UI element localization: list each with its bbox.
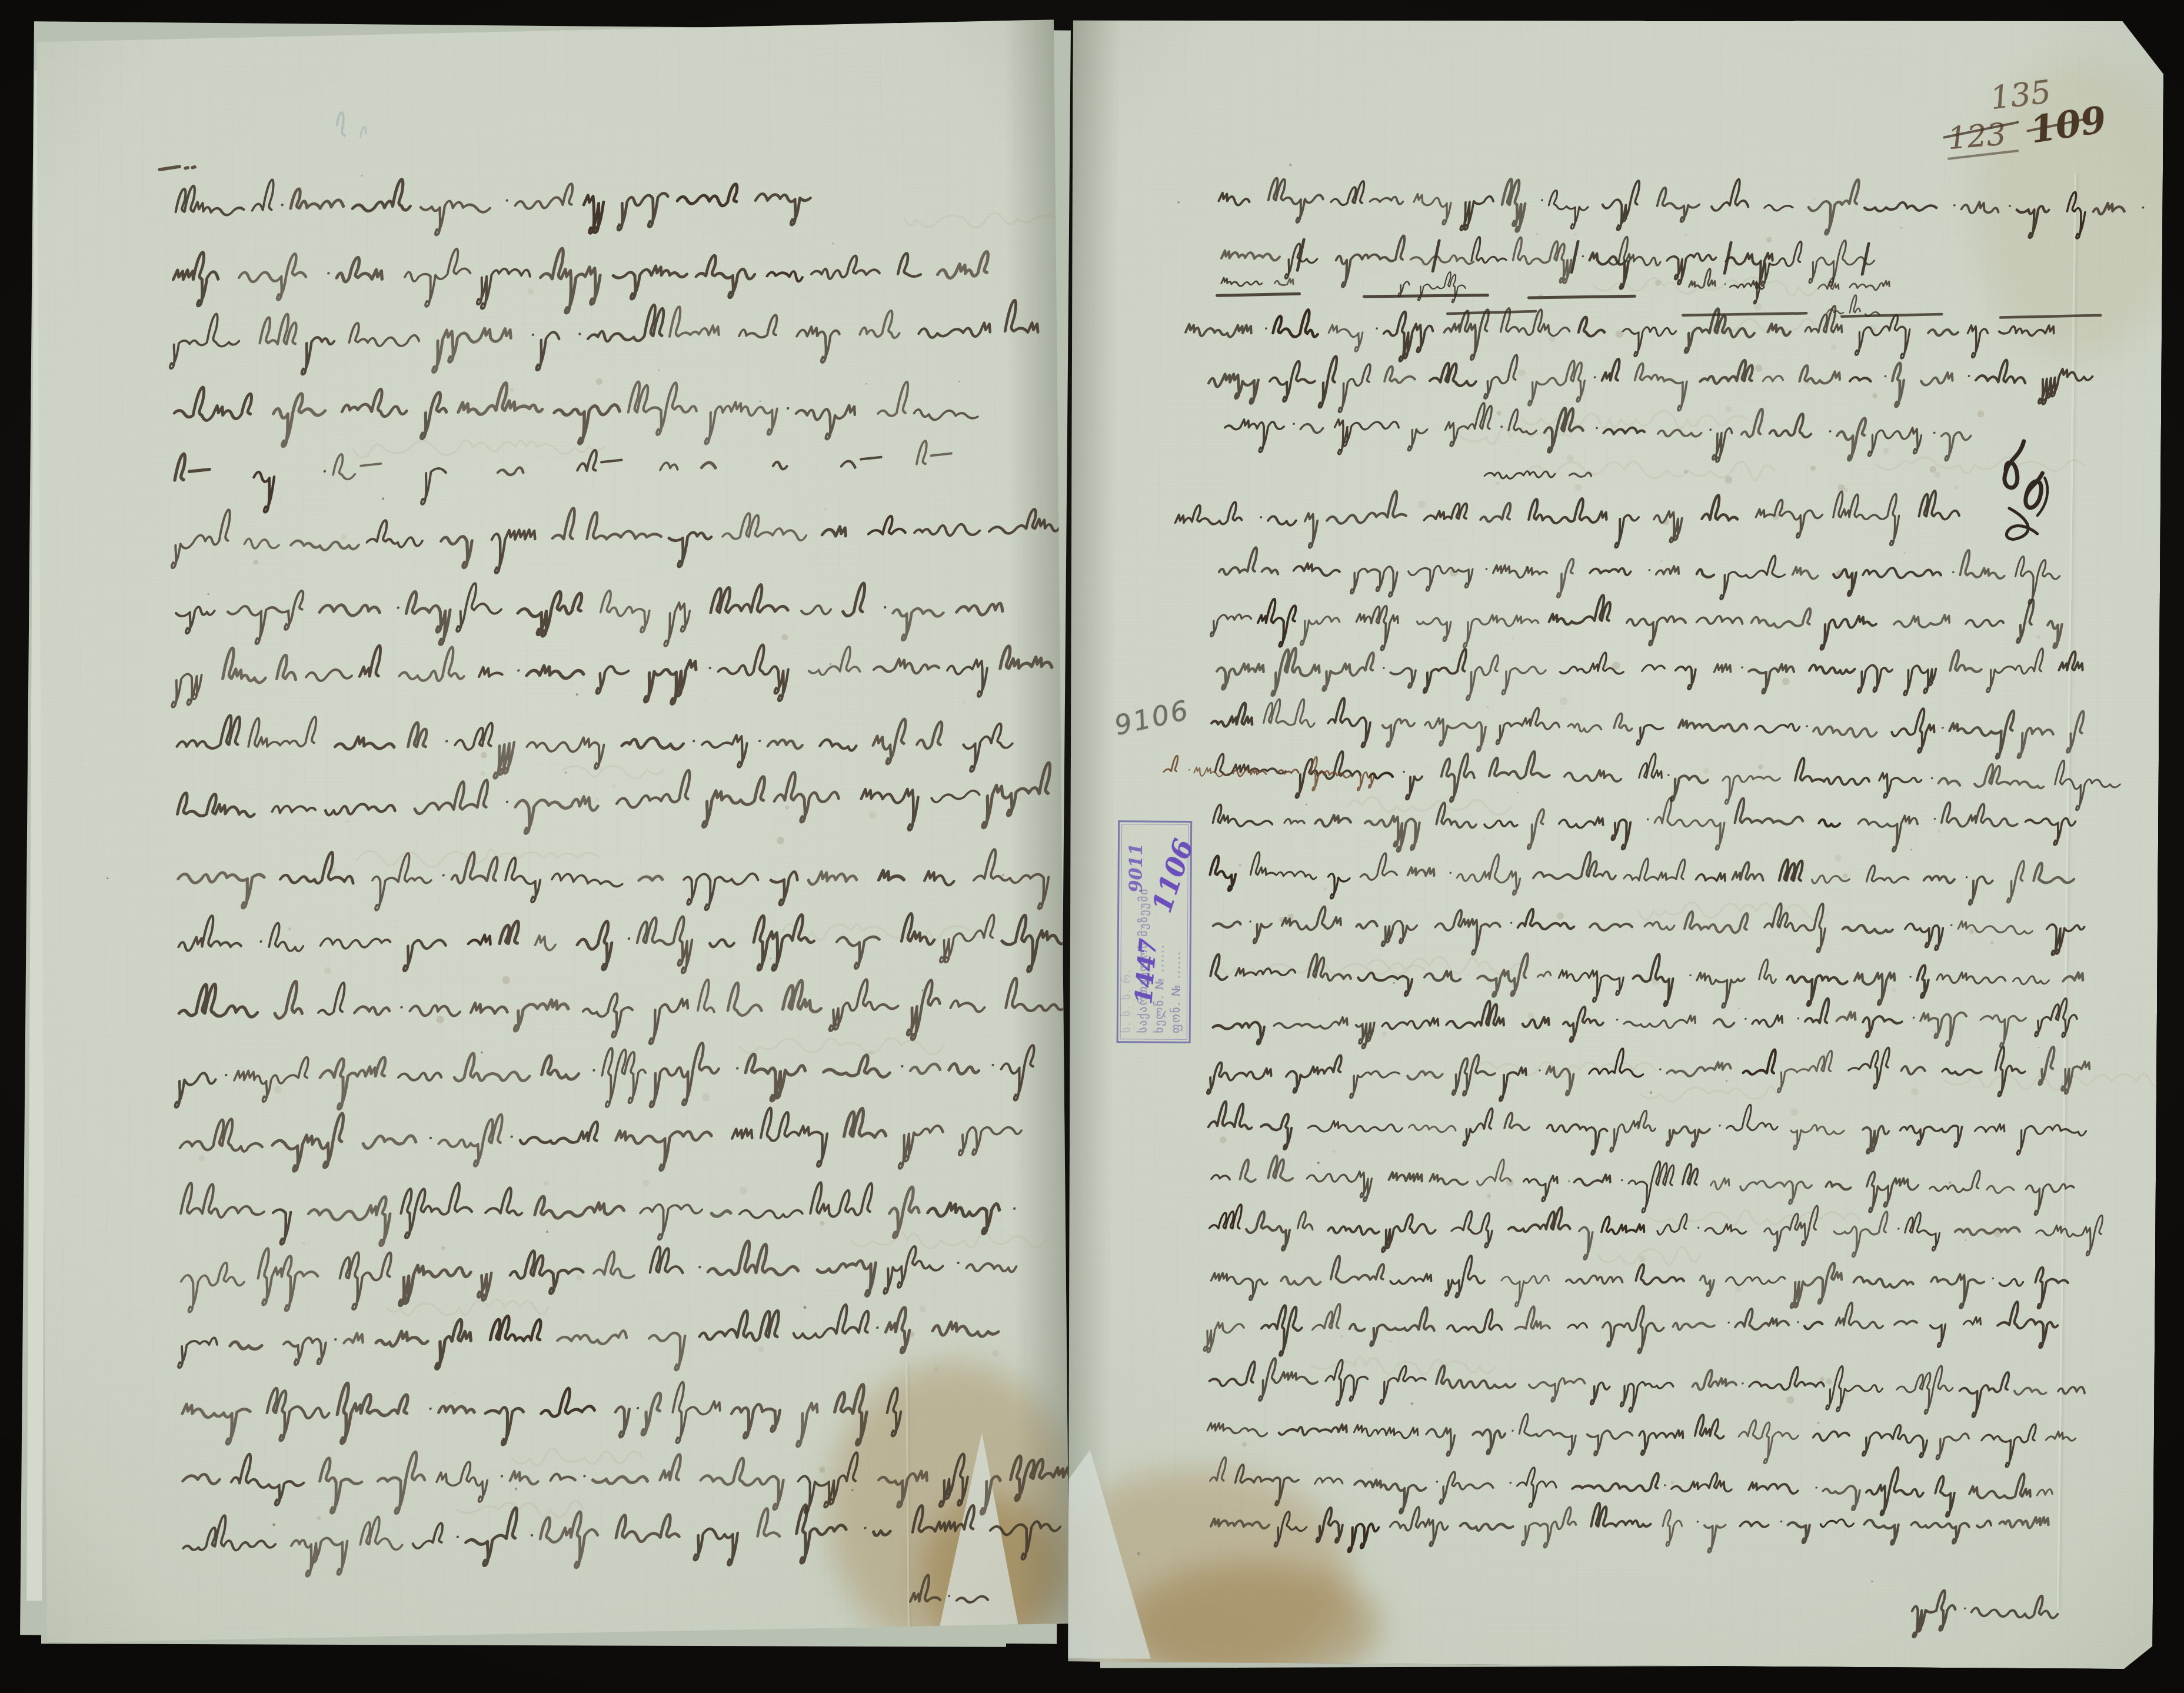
handwritten-text-line bbox=[174, 763, 1051, 845]
handwritten-text-line bbox=[175, 976, 1070, 1047]
photographic-black-backing: 135 123 109 9106 ს. ს. ს. რ. საქართველოს… bbox=[0, 0, 2184, 1693]
stamp-number-9011: 9011 bbox=[1126, 843, 1147, 893]
handwriting-layer-right bbox=[1061, 14, 2164, 1669]
handwritten-text-line bbox=[177, 1236, 1020, 1312]
handwritten-text-line bbox=[176, 1102, 1025, 1180]
handwritten-text-line bbox=[1762, 241, 1877, 287]
handwritten-text-line bbox=[177, 1182, 1020, 1246]
handwritten-text-line bbox=[1206, 951, 2086, 1010]
handwritten-text-line bbox=[178, 1382, 905, 1448]
handwritten-text-line bbox=[1213, 647, 2086, 700]
handwritten-text-line bbox=[1205, 1203, 2105, 1262]
handwritten-text-line bbox=[174, 909, 1069, 979]
handwritten-text-line bbox=[1206, 1045, 2093, 1103]
manuscript-left-page bbox=[30, 19, 1070, 1643]
folio-number-old-123: 123 bbox=[1946, 117, 2007, 157]
manuscript-right-page: 135 123 109 9106 ს. ს. ს. რ. საქართველოს… bbox=[1061, 14, 2164, 1669]
handwritten-text-line bbox=[1908, 1590, 2061, 1639]
handwritten-text-line bbox=[169, 298, 1042, 377]
handwritten-text-line bbox=[169, 381, 983, 447]
handwritten-text-line bbox=[1204, 353, 2095, 413]
handwritten-text-line bbox=[1208, 797, 2079, 853]
handwritten-text-line bbox=[1207, 849, 2078, 906]
handwritten-text-line bbox=[1207, 1255, 2072, 1309]
handwritten-text-line bbox=[1206, 1357, 2089, 1418]
handwritten-text-line bbox=[910, 1574, 991, 1603]
handwritten-text-line bbox=[1210, 997, 2080, 1053]
handwritten-text-line bbox=[1208, 697, 2086, 760]
stamp-number-1447: 1447 bbox=[1130, 937, 1162, 1005]
handwritten-text-line bbox=[1161, 756, 1377, 791]
handwritten-text-line bbox=[171, 583, 1007, 646]
handwritten-text-line bbox=[1171, 487, 1963, 551]
ink-flourish-scribble bbox=[2004, 441, 2048, 540]
handwritten-text-line bbox=[1206, 1456, 2056, 1523]
handwritten-text-line bbox=[168, 245, 990, 315]
handwritten-text-line bbox=[172, 715, 1016, 779]
handwritten-text-line bbox=[1467, 236, 1632, 290]
handwritten-text-line bbox=[1215, 545, 2063, 604]
handwritten-text-line bbox=[1203, 1299, 2062, 1356]
handwritten-text-line bbox=[1209, 900, 2088, 957]
handwritten-text-line bbox=[1218, 244, 1319, 279]
handwritten-text-line bbox=[1203, 1409, 2079, 1468]
handwritten-text-line bbox=[177, 1301, 1002, 1381]
handwritten-text-line bbox=[1221, 278, 1294, 286]
handwritten-text-line bbox=[1208, 594, 2066, 653]
handwritten-text-line bbox=[1214, 172, 2148, 239]
handwritten-text-line bbox=[174, 849, 1053, 911]
handwritten-text-line bbox=[1207, 1502, 2052, 1555]
handwritten-text-line bbox=[170, 494, 1069, 579]
handwritten-text-line bbox=[1397, 272, 1468, 303]
handwritten-text-line bbox=[1221, 400, 1975, 465]
handwritten-text-line bbox=[174, 1039, 1037, 1113]
handwritten-text-line bbox=[171, 637, 1056, 710]
handwritten-text-line bbox=[179, 1496, 1064, 1579]
handwritten-text-line bbox=[171, 438, 953, 514]
handwritten-text-line bbox=[1204, 1102, 2090, 1156]
handwritten-text-line bbox=[1207, 1155, 2078, 1219]
handwritten-text-line bbox=[1484, 471, 1592, 479]
handwritten-text-line bbox=[172, 169, 814, 242]
handwriting-layer-left bbox=[30, 19, 1070, 1643]
verso-ink-bleedthrough bbox=[101, 169, 1070, 1528]
